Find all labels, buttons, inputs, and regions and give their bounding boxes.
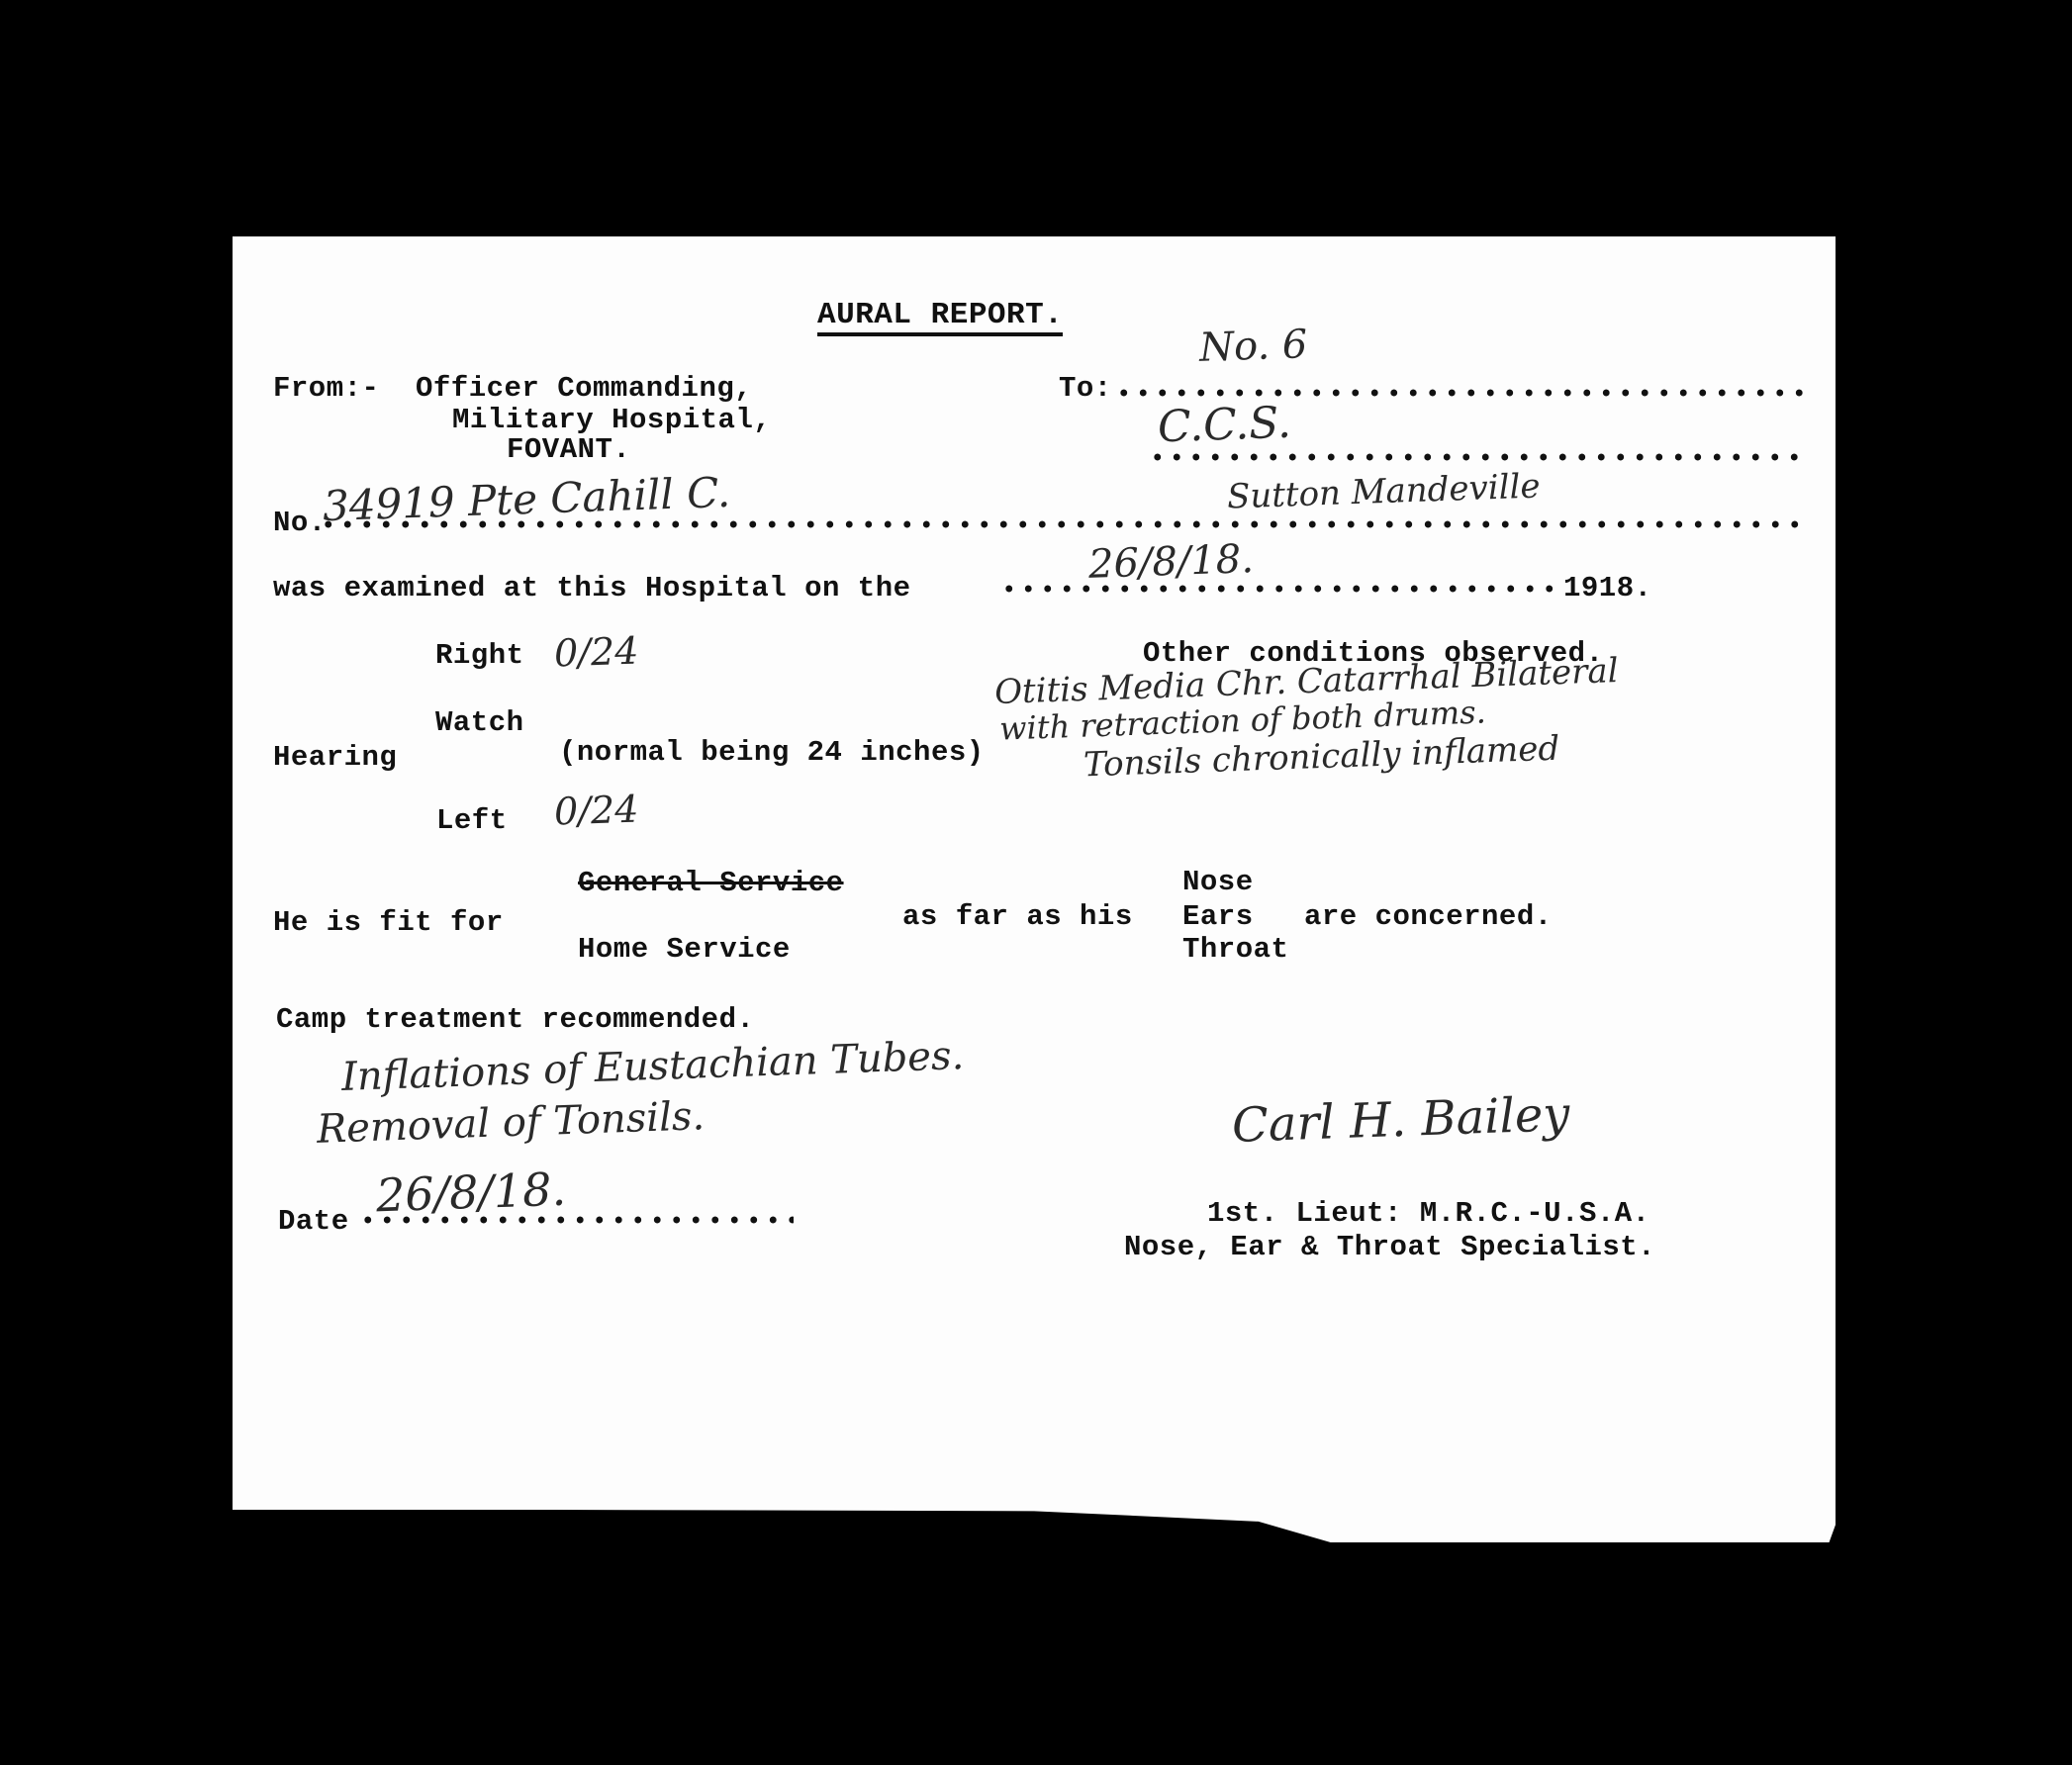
signature-rank: 1st. Lieut: M.R.C.-U.S.A. [1207, 1199, 1650, 1228]
organ-throat: Throat [1182, 935, 1288, 964]
examined-year: 1918. [1563, 574, 1652, 603]
fit-label: He is fit for [273, 908, 504, 937]
to-handwritten-1: No. 6 [1198, 325, 1308, 368]
to-dotted-line-1 [1114, 388, 1807, 398]
from-line-1: Officer Commanding, [416, 374, 752, 403]
fit-end-text: are concerned. [1304, 902, 1553, 931]
right-ear-value: 0/24 [553, 632, 639, 673]
fit-middle-text: as far as his [902, 902, 1133, 931]
from-line-3: FOVANT. [507, 435, 630, 464]
examined-date: 26/8/18. [1087, 539, 1254, 585]
to-handwritten-3: Sutton Mandeville [1227, 469, 1542, 513]
normal-note: (normal being 24 inches) [559, 738, 985, 767]
organ-nose: Nose [1182, 868, 1254, 896]
left-label: Left [436, 806, 508, 835]
to-dotted-line-2 [1148, 452, 1807, 462]
to-handwritten-2: C.C.S. [1157, 402, 1291, 450]
report-title: AURAL REPORT. [817, 300, 1063, 336]
from-label: From:- [273, 374, 379, 403]
to-label: To: [1059, 374, 1112, 403]
examined-dotted-line [999, 584, 1563, 594]
date-handwritten: 26/8/18. [375, 1166, 566, 1219]
right-label: Right [435, 641, 524, 670]
signature-specialty: Nose, Ear & Throat Specialist. [1124, 1233, 1655, 1261]
date-label: Date [278, 1207, 349, 1236]
camp-treatment-label: Camp treatment recommended. [276, 1005, 754, 1034]
watch-label: Watch [435, 708, 524, 737]
from-line-2: Military Hospital, [452, 406, 771, 434]
organ-ears: Ears [1182, 902, 1254, 931]
left-ear-value: 0/24 [553, 790, 639, 831]
hearing-label: Hearing [273, 743, 397, 772]
examined-text: was examined at this Hospital on the [273, 574, 911, 603]
fit-option-general-service: General Service [578, 869, 844, 897]
fit-option-home-service: Home Service [578, 935, 791, 964]
signature: Carl H. Bailey [1231, 1090, 1570, 1150]
